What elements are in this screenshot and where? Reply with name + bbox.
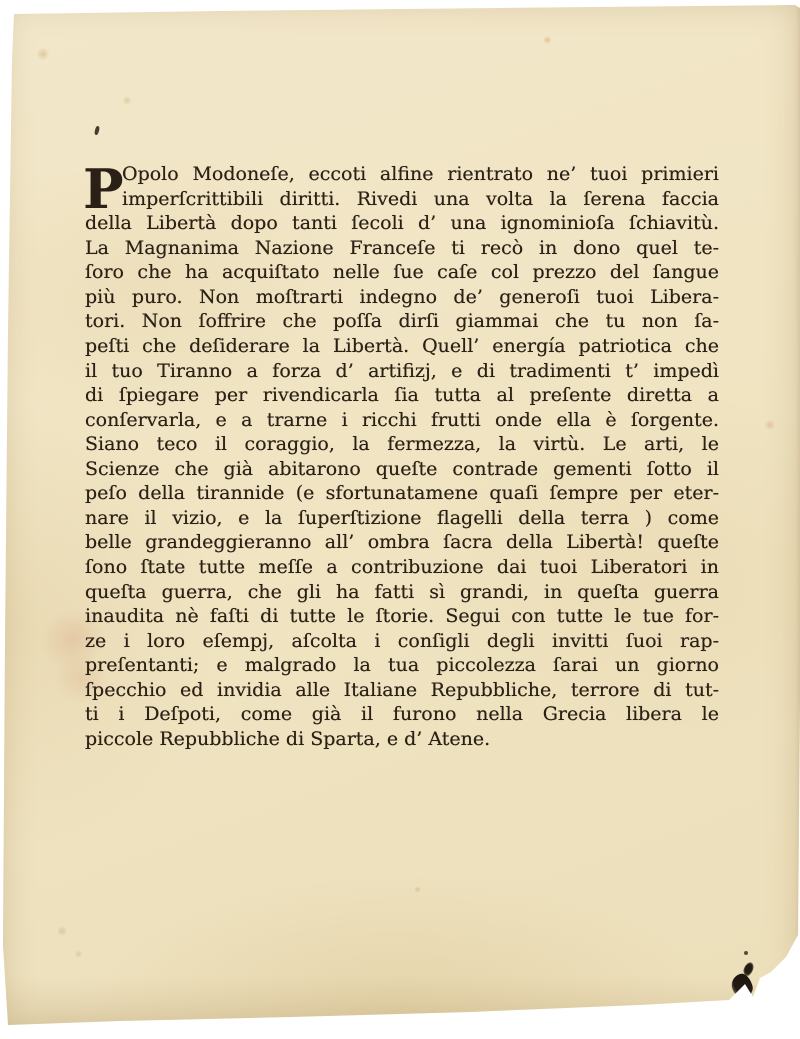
text-line: di ſpiegare per rivendicarla ſia tutta a…	[85, 383, 719, 408]
ink-blot	[742, 961, 756, 977]
text-line: belle grandeggieranno all’ ombra ſacra d…	[85, 530, 719, 555]
text-line: La Magnanima Nazione Franceſe ti recò in…	[85, 236, 719, 261]
text-line: peſti che deſiderare la Libertà. Quell’ …	[85, 334, 719, 359]
ink-blot	[729, 971, 755, 1000]
text-line: ti i Deſpoti, come già il furono nella G…	[85, 702, 719, 727]
text-lines: Opolo Modoneſe, eccoti alfine rientrato …	[85, 162, 719, 752]
text-line: Siano teco il coraggio, la fermezza, la …	[85, 432, 719, 457]
text-line: queſta guerra, che gli ha fatti sì grand…	[85, 580, 719, 605]
text-line: preſentanti; e malgrado la tua piccolezz…	[85, 653, 719, 678]
scan-background: P Opolo Modoneſe, eccoti alfine rientrat…	[0, 0, 800, 1039]
foxing-spot	[122, 96, 132, 105]
text-line: imperſcrittibili diritti. Rivedi una vol…	[122, 187, 719, 212]
foxing-spot	[414, 886, 421, 893]
text-line: ſpecchio ed invidia alle Italiane Repubb…	[85, 678, 719, 703]
foxing-spot	[56, 926, 68, 936]
text-line: ze i loro eſempj, aſcolta i conſigli deg…	[85, 629, 719, 654]
text-line: il tuo Tiranno a forza d’ artifizj, e di…	[85, 359, 719, 384]
text-line: ſono ſtate tutte meſſe a contribuzione d…	[85, 555, 719, 580]
body-text: P Opolo Modoneſe, eccoti alfine rientrat…	[85, 162, 719, 752]
text-line: piccole Repubbliche di Sparta, e d’ Aten…	[85, 727, 719, 752]
text-line: più puro. Non moſtrarti indegno de’ gene…	[85, 285, 719, 310]
text-line: Scienze che già abitarono queſte contrad…	[85, 457, 719, 482]
ink-dot	[744, 951, 748, 955]
foxing-spot	[764, 420, 776, 430]
text-line: nare il vizio, e la ſuperſtizione flagel…	[85, 506, 719, 531]
ink-fleck	[94, 126, 100, 136]
foxing-spot	[74, 950, 83, 958]
text-line: Opolo Modoneſe, eccoti alfine rientrato …	[122, 162, 719, 187]
text-line: ſoro che ha acquiſtato nelle ſue caſe co…	[85, 260, 719, 285]
text-line: conſervarla, e a trarne i ricchi frutti …	[85, 408, 719, 433]
text-line: inaudita nè faſti di tutte le ſtorie. Se…	[85, 604, 719, 629]
paper-sheet: P Opolo Modoneſe, eccoti alfine rientrat…	[0, 0, 800, 1039]
text-line: peſo della tirannide (e sfortunatamene q…	[85, 481, 719, 506]
foxing-spot	[543, 36, 552, 44]
foxing-spot	[36, 48, 50, 60]
text-line: tori. Non ſoffrire che poſſa dirſi giamm…	[85, 309, 719, 334]
text-line: della Libertà dopo tanti ſecoli d’ una i…	[85, 211, 719, 236]
